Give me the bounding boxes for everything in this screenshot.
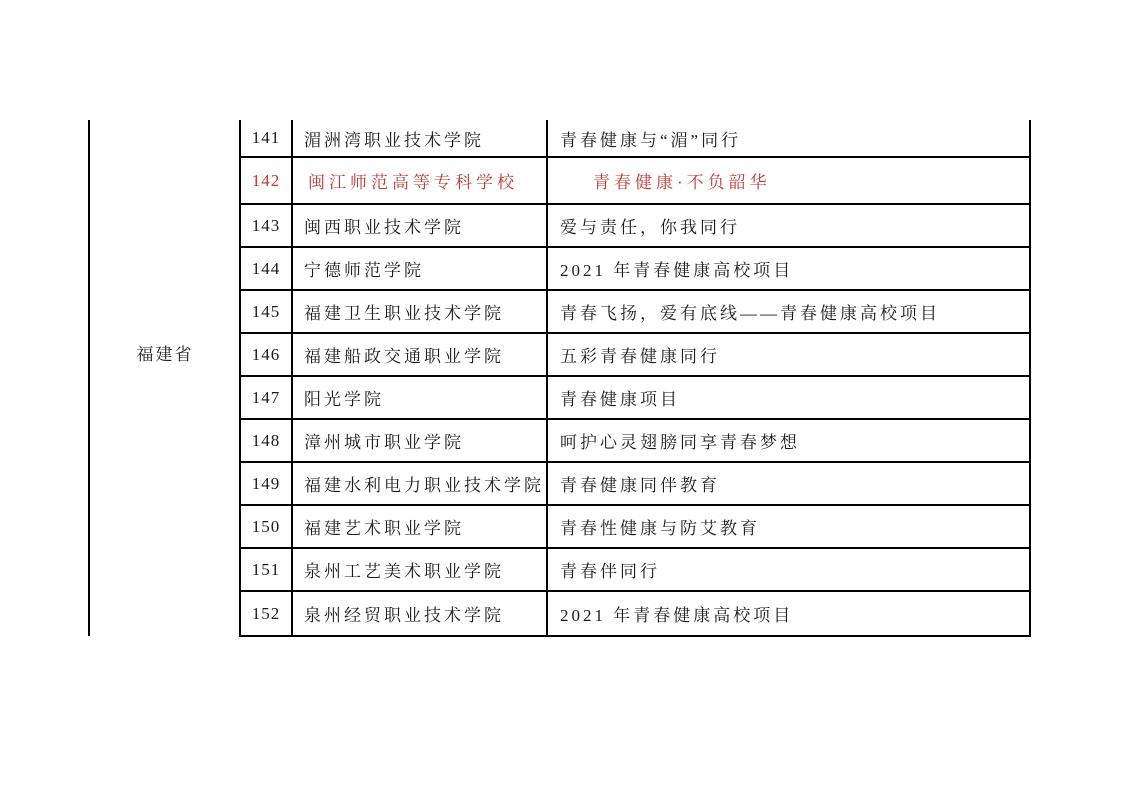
table-row: 146 福建船政交通职业学院 五彩青春健康同行: [241, 334, 1029, 377]
province-label: 福建省: [90, 340, 240, 365]
project-name-cell: 青春伴同行: [548, 549, 1029, 590]
province-cell-left-border: [88, 120, 90, 636]
project-name-cell: 青春健康与“湄”同行: [548, 120, 1029, 156]
school-name-cell: 宁德师范学院: [293, 248, 548, 289]
table-row: 148 漳州城市职业学院 呵护心灵翅膀同享青春梦想: [241, 420, 1029, 463]
school-project-table: 141 湄洲湾职业技术学院 青春健康与“湄”同行 142 闽江师范高等专科学校 …: [239, 120, 1031, 637]
school-name-cell: 湄洲湾职业技术学院: [293, 120, 548, 156]
row-number-cell: 141: [241, 120, 293, 156]
school-name-cell: 阳光学院: [293, 377, 548, 418]
school-name-cell: 闽江师范高等专科学校: [293, 158, 548, 203]
row-number-cell: 142: [241, 158, 293, 203]
project-name-cell: 五彩青春健康同行: [548, 334, 1029, 375]
table-row: 143 闽西职业技术学院 爱与责任，你我同行: [241, 205, 1029, 248]
table-row: 144 宁德师范学院 2021 年青春健康高校项目: [241, 248, 1029, 291]
school-name-cell: 福建艺术职业学院: [293, 506, 548, 547]
project-name-cell: 呵护心灵翅膀同享青春梦想: [548, 420, 1029, 461]
row-number-cell: 147: [241, 377, 293, 418]
school-name-cell: 闽西职业技术学院: [293, 205, 548, 246]
school-name-cell: 泉州经贸职业技术学院: [293, 592, 548, 635]
row-number-cell: 150: [241, 506, 293, 547]
school-name-cell: 福建船政交通职业学院: [293, 334, 548, 375]
row-number-cell: 149: [241, 463, 293, 504]
project-name-cell: 2021 年青春健康高校项目: [548, 248, 1029, 289]
project-name-cell: 青春健康同伴教育: [548, 463, 1029, 504]
project-name-cell: 青春性健康与防艾教育: [548, 506, 1029, 547]
row-number-cell: 145: [241, 291, 293, 332]
table-row: 151 泉州工艺美术职业学院 青春伴同行: [241, 549, 1029, 592]
table-row: 149 福建水利电力职业技术学院 青春健康同伴教育: [241, 463, 1029, 506]
table-row: 145 福建卫生职业技术学院 青春飞扬，爱有底线——青春健康高校项目: [241, 291, 1029, 334]
project-name-cell: 青春飞扬，爱有底线——青春健康高校项目: [548, 291, 1029, 332]
row-number-cell: 143: [241, 205, 293, 246]
row-number-cell: 148: [241, 420, 293, 461]
school-name-cell: 福建卫生职业技术学院: [293, 291, 548, 332]
project-name-cell: 2021 年青春健康高校项目: [548, 592, 1029, 635]
table-row: 141 湄洲湾职业技术学院 青春健康与“湄”同行: [241, 120, 1029, 158]
row-number-cell: 146: [241, 334, 293, 375]
table-row: 147 阳光学院 青春健康项目: [241, 377, 1029, 420]
school-name-cell: 泉州工艺美术职业学院: [293, 549, 548, 590]
project-name-cell: 爱与责任，你我同行: [548, 205, 1029, 246]
table-row: 150 福建艺术职业学院 青春性健康与防艾教育: [241, 506, 1029, 549]
row-number-cell: 151: [241, 549, 293, 590]
row-number-cell: 152: [241, 592, 293, 635]
document-page: 福建省 141 湄洲湾职业技术学院 青春健康与“湄”同行 142 闽江师范高等专…: [0, 0, 1121, 793]
row-number-cell: 144: [241, 248, 293, 289]
school-name-cell: 漳州城市职业学院: [293, 420, 548, 461]
school-name-cell: 福建水利电力职业技术学院: [293, 463, 548, 504]
project-name-cell: 青春健康项目: [548, 377, 1029, 418]
table-row: 152 泉州经贸职业技术学院 2021 年青春健康高校项目: [241, 592, 1029, 635]
table-row: 142 闽江师范高等专科学校 青春健康·不负韶华: [241, 158, 1029, 205]
project-name-cell: 青春健康·不负韶华: [548, 158, 1029, 203]
